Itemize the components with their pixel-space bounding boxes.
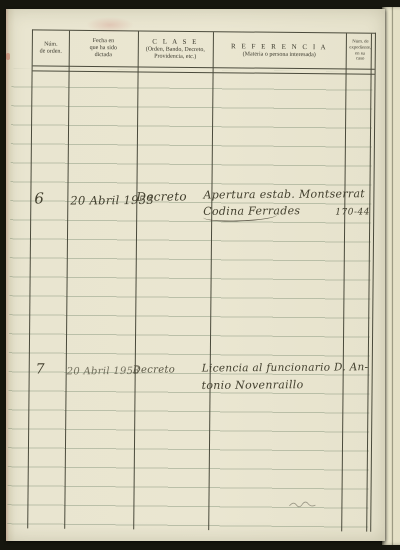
entry-7-reference: Licencia al funcionario D. An- [202,361,369,374]
entry-6-class: Decreto [136,189,187,203]
table-right-inner-line [366,34,372,532]
header-text: caso [356,57,364,62]
header-text: (Materia o persona interesada) [243,51,316,59]
column-divider [133,31,139,529]
header-fecha: Fecha en que ha sido dictada [69,31,138,67]
table-header: Núm. de orden. Fecha en que ha sido dict… [33,30,375,69]
header-num-expediente: Núm. de expediente, en su caso [346,33,375,68]
header-clase: C L A S E (Orden, Bando, Decreto, Provid… [138,31,213,67]
entry-7-date: 20 Abril 1953 [67,366,140,378]
page-crease-line [392,7,393,545]
registry-table: Núm. de orden. Fecha en que ha sido dict… [27,29,376,531]
pencil-smudge [287,500,317,509]
header-text: dictada [95,52,112,59]
header-text: C L A S E [152,38,198,47]
entry-7-reference: tonio Novenraillo [202,378,304,392]
entry-6-reference: Apertura estab. Montserrat [203,187,365,201]
scanned-ledger-screenshot: Núm. de orden. Fecha en que ha sido dict… [0,0,400,550]
header-text: de orden. [40,48,62,55]
entry-6-number: 6 [34,189,44,207]
header-referencia: R E F E R E N C I A (Materia o persona i… [213,32,346,68]
column-divider [341,33,347,531]
header-double-rule [33,70,375,74]
entry-7-class: Decreto [133,364,175,375]
entry-7-number: 7 [36,361,45,377]
ledger-page: Núm. de orden. Fecha en que ha sido dict… [6,9,385,541]
header-text: Núm. de [352,40,368,45]
header-text: expediente, [349,46,371,52]
entry-6-file-number: 170-44 [335,207,370,217]
column-divider [64,31,70,529]
header-text: Providencia, etc.) [154,54,196,61]
column-divider [208,32,214,530]
header-num-orden: Núm. de orden. [33,30,69,65]
page-content: Núm. de orden. Fecha en que ha sido dict… [1,7,385,543]
